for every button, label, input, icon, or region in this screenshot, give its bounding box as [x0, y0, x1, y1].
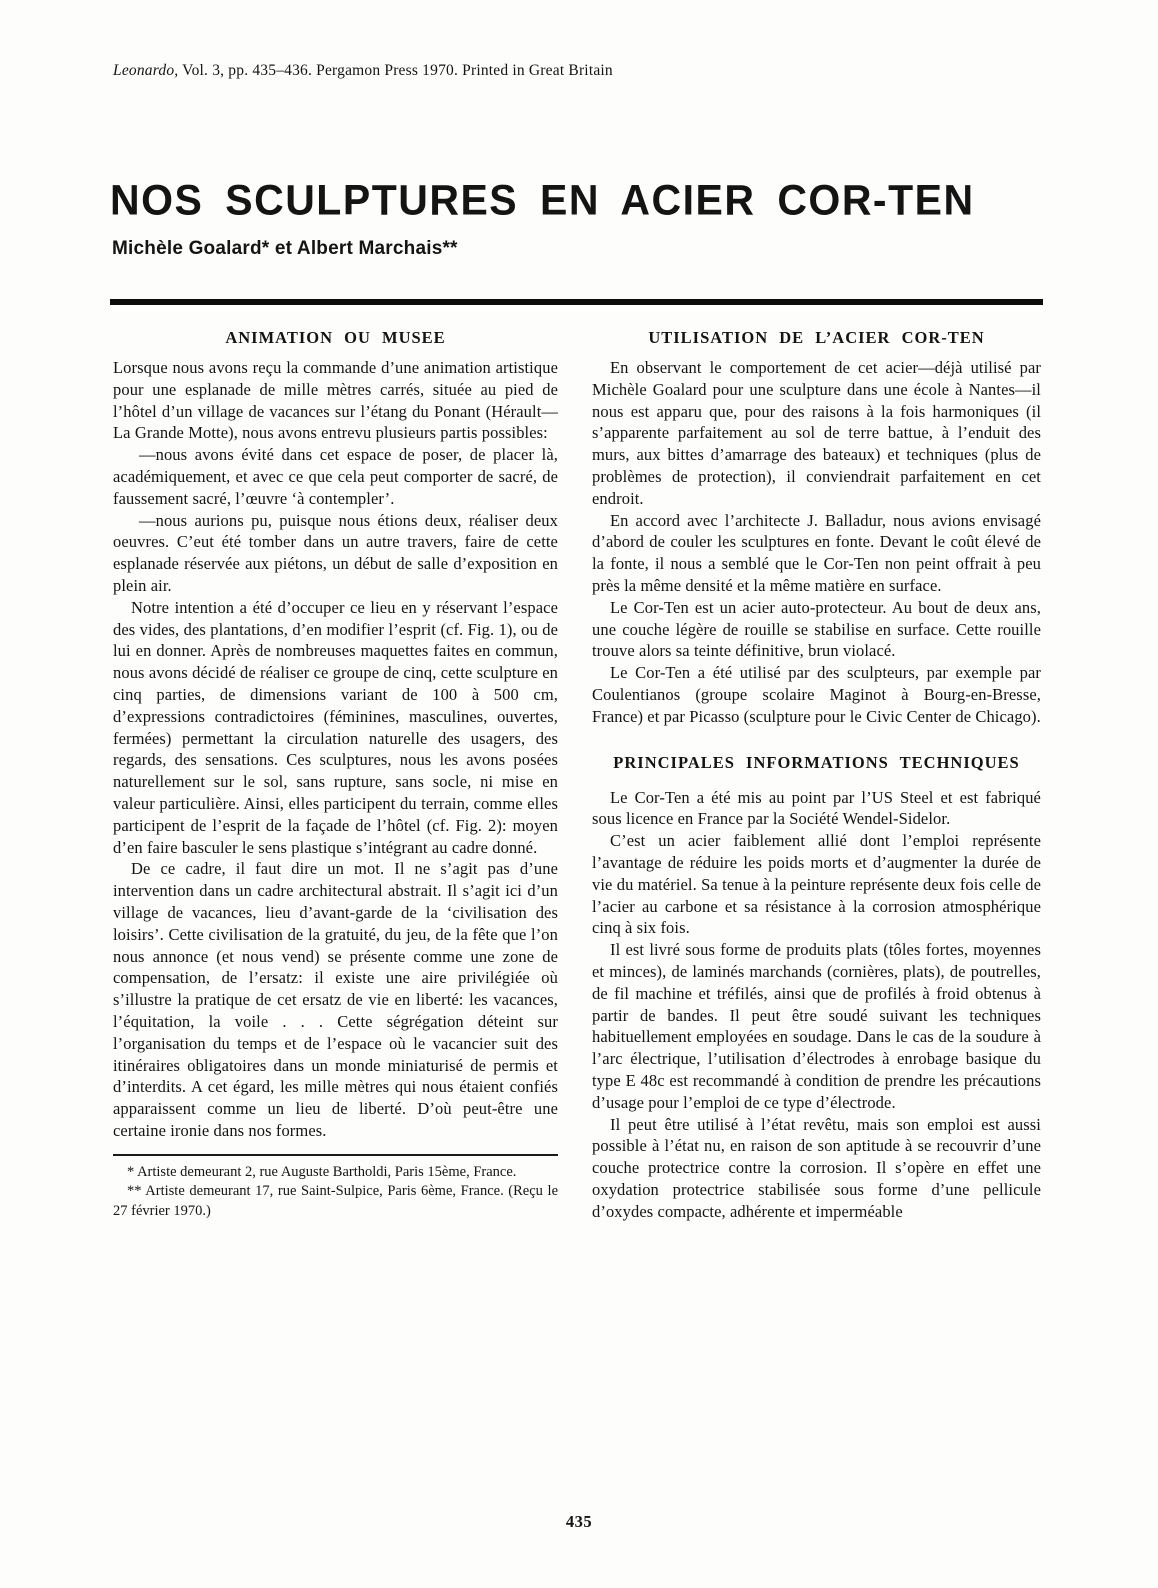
paragraph: Le Cor-Ten a été utilisé par des sculpte… — [592, 662, 1041, 727]
footnote-divider-rule — [113, 1154, 558, 1156]
paragraph: En accord avec l’architecte J. Balladur,… — [592, 510, 1041, 597]
paragraph: Lorsque nous avons reçu la commande d’un… — [113, 357, 558, 444]
section-heading-animation-ou-musee: ANIMATION OU MUSEE — [113, 327, 558, 348]
section-heading-utilisation-acier: UTILISATION DE L’ACIER COR-TEN — [592, 327, 1041, 348]
journal-name: Leonardo, — [113, 62, 178, 79]
two-column-body: ANIMATION OU MUSEE Lorsque nous avons re… — [113, 327, 1045, 1222]
paragraph: —nous aurions pu, puisque nous étions de… — [113, 510, 558, 597]
paragraph: Le Cor-Ten a été mis au point par l’US S… — [592, 787, 1041, 831]
paragraph: De ce cadre, il faut dire un mot. Il ne … — [113, 858, 558, 1141]
page-number: 435 — [113, 1512, 1045, 1532]
journal-imprint-rest: Vol. 3, pp. 435–436. Pergamon Press 1970… — [178, 62, 612, 79]
title-divider-rule — [110, 299, 1043, 305]
paragraph: Il est livré sous forme de produits plat… — [592, 939, 1041, 1113]
paragraph: Notre intention a été d’occuper ce lieu … — [113, 597, 558, 859]
paragraph: En observant le comportement de cet acie… — [592, 357, 1041, 510]
section-heading-informations-techniques: PRINCIPALES INFORMATIONS TECHNIQUES — [592, 752, 1041, 773]
paragraph: C’est un acier faiblement allié dont l’e… — [592, 830, 1041, 939]
journal-page: Leonardo, Vol. 3, pp. 435–436. Pergamon … — [0, 0, 1158, 1588]
paragraph: Le Cor-Ten est un acier auto-protecteur.… — [592, 597, 1041, 662]
page-title: NOS SCULPTURES EN ACIER COR-TEN — [110, 176, 1050, 225]
right-column: UTILISATION DE L’ACIER COR-TEN En observ… — [592, 327, 1041, 1222]
journal-imprint-line: Leonardo, Vol. 3, pp. 435–436. Pergamon … — [113, 62, 613, 80]
footnote-author-2: ** Artiste demeurant 17, rue Saint-Sulpi… — [113, 1182, 558, 1221]
paragraph: —nous avons évité dans cet espace de pos… — [113, 444, 558, 509]
paragraph: Il peut être utilisé à l’état revêtu, ma… — [592, 1114, 1041, 1223]
footnote-block: * Artiste demeurant 2, rue Auguste Barth… — [113, 1154, 558, 1222]
left-column: ANIMATION OU MUSEE Lorsque nous avons re… — [113, 327, 558, 1222]
footnote-author-1: * Artiste demeurant 2, rue Auguste Barth… — [113, 1163, 558, 1183]
author-byline: Michèle Goalard* et Albert Marchais** — [112, 238, 458, 260]
